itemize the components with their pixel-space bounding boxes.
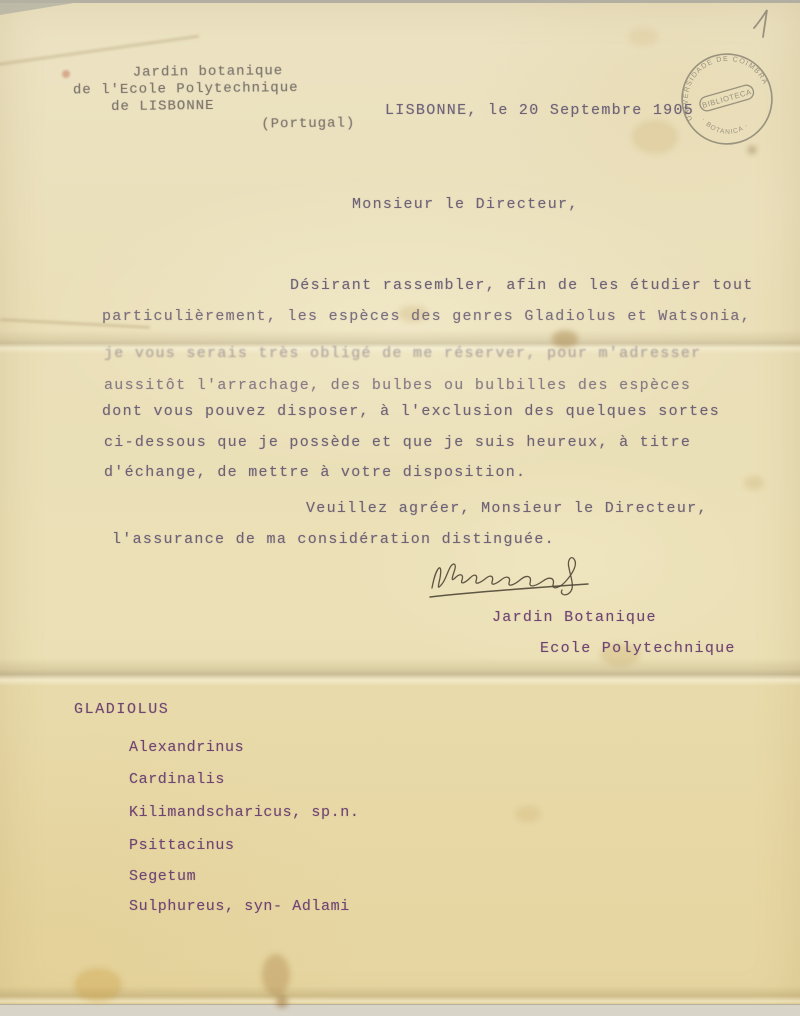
library-stamp: UNIVERSIDADE DE COIMBRA · BOTANICA · BIB… [666, 38, 787, 159]
stain [515, 806, 541, 822]
stain [744, 476, 764, 490]
handwritten-page-number [750, 6, 776, 42]
stain [632, 120, 678, 154]
stain [276, 996, 288, 1008]
letterhead-line4: (Portugal) [261, 115, 355, 132]
scan-edge-bottom [0, 1004, 800, 1016]
fold-line-lower [0, 658, 800, 686]
body-line: dont vous pouvez disposer, à l'exclusion… [102, 403, 720, 420]
stamp-graphic: UNIVERSIDADE DE COIMBRA · BOTANICA · BIB… [666, 38, 787, 159]
species-item: Psittacinus [129, 837, 235, 854]
letterhead-line1: Jardin botanique [133, 63, 284, 81]
salutation: Monsieur le Directeur, [352, 196, 579, 213]
body-line: je vous serais très obligé de me réserve… [104, 345, 701, 362]
body-line: ci-dessous que je possède et que je suis… [104, 434, 691, 451]
species-item: Sulphureus, syn- Adlami [129, 898, 350, 915]
letterhead: Jardin botanique de l'Ecole Polytechniqu… [0, 0, 800, 4]
body-line: aussitôt l'arrachage, des bulbes ou bulb… [104, 377, 691, 394]
scan-edge-top [0, 0, 800, 3]
stain [74, 968, 122, 1002]
stain [628, 28, 658, 46]
letterhead-line3: de LISBONNE [111, 98, 215, 115]
species-item: Cardinalis [129, 771, 225, 788]
signature-org-line1: Jardin Botanique [492, 609, 657, 626]
handwritten-signature [424, 554, 596, 604]
stain [262, 954, 290, 996]
stamp-bottom-text: · BOTANICA · [699, 106, 751, 143]
signature-org-line2: Ecole Polytechnique [540, 640, 736, 657]
species-item: Alexandrinus [129, 739, 244, 756]
body-line: particulièrement, les espèces des genres… [102, 308, 751, 325]
body-line: Désirant rassembler, afin de les étudier… [290, 277, 754, 294]
letterhead-line2: de l'Ecole Polytechnique [73, 80, 299, 98]
stain [62, 70, 70, 78]
fold-line-bottom [0, 986, 800, 1004]
species-genus: GLADIOLUS [74, 701, 169, 718]
stain [748, 146, 756, 154]
body-line: d'échange, de mettre à votre disposition… [104, 464, 526, 481]
species-item: Segetum [129, 868, 196, 885]
closing-line2: l'assurance de ma considération distingu… [112, 531, 555, 548]
aged-bottom-section [0, 678, 800, 1006]
crease-mark [0, 35, 199, 69]
species-item: Kilimandscharicus, sp.n. [129, 804, 359, 821]
letter-scan: UNIVERSIDADE DE COIMBRA · BOTANICA · BIB… [0, 0, 800, 1016]
dateline: LISBONNE, le 20 Septembre 1905 [385, 102, 694, 119]
closing-line1: Veuillez agréer, Monsieur le Directeur, [306, 500, 708, 517]
paper-corner-gap [0, 0, 92, 15]
